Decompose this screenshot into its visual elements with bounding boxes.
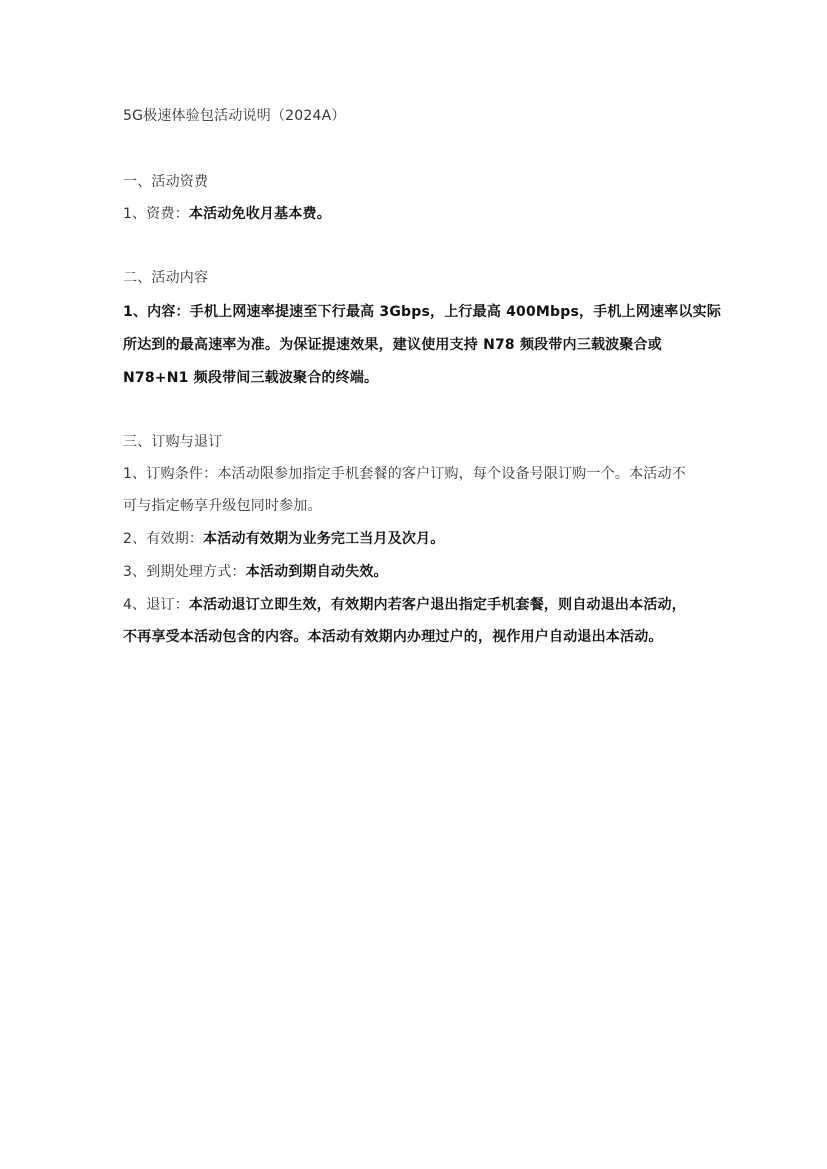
content-item-line-3: N78+N1 频段带间三载波聚合的终端。	[123, 368, 378, 388]
expiry-item: 3、到期处理方式：本活动到期自动失效。	[123, 562, 388, 582]
document-title: 5G极速体验包活动说明（2024A）	[123, 106, 346, 126]
section-heading-fees: 一、活动资费	[123, 172, 208, 192]
subscribe-condition-line-1: 1、订购条件：本活动限参加指定手机套餐的客户订购，每个设备号限订购一个。本活动不	[123, 464, 686, 484]
subscribe-condition-label: 1、订购条件：	[123, 466, 217, 482]
content-item-label: 1、内容：	[123, 304, 190, 320]
expiry-label: 3、到期处理方式：	[123, 564, 246, 580]
fee-item-label: 1、资费：	[123, 206, 189, 222]
subscribe-condition-text: 本活动限参加指定手机套餐的客户订购，每个设备号限订购一个。本活动不	[217, 466, 686, 482]
validity-label: 2、有效期：	[123, 531, 203, 547]
section-heading-subscribe: 三、订购与退订	[123, 432, 222, 452]
fee-item-text: 本活动免收月基本费。	[189, 206, 331, 222]
validity-text: 本活动有效期为业务完工当月及次月。	[203, 531, 444, 547]
unsubscribe-item-line-1: 4、退订：本活动退订立即生效，有效期内若客户退出指定手机套餐，则自动退出本活动，	[123, 595, 686, 615]
content-item-line-1: 1、内容：手机上网速率提速至下行最高 3Gbps，上行最高 400Mbps，手机…	[123, 302, 721, 322]
validity-item: 2、有效期：本活动有效期为业务完工当月及次月。	[123, 529, 445, 549]
unsubscribe-label: 4、退订：	[123, 597, 189, 613]
expiry-text: 本活动到期自动失效。	[246, 564, 388, 580]
subscribe-condition-line-2: 可与指定畅享升级包同时参加。	[123, 496, 322, 516]
section-heading-content: 二、活动内容	[123, 268, 208, 288]
unsubscribe-item-line-2: 不再享受本活动包含的内容。本活动有效期内办理过户的，视作用户自动退出本活动。	[123, 627, 663, 647]
document-page: 5G极速体验包活动说明（2024A） 一、活动资费 1、资费：本活动免收月基本费…	[0, 0, 827, 1169]
unsubscribe-text: 本活动退订立即生效，有效期内若客户退出指定手机套餐，则自动退出本活动，	[189, 597, 686, 613]
content-item-line-2: 所达到的最高速率为准。为保证提速效果，建议使用支持 N78 频段带内三载波聚合或	[123, 335, 662, 355]
fee-item: 1、资费：本活动免收月基本费。	[123, 204, 331, 224]
content-item-text: 手机上网速率提速至下行最高 3Gbps，上行最高 400Mbps，手机上网速率以…	[190, 304, 721, 320]
